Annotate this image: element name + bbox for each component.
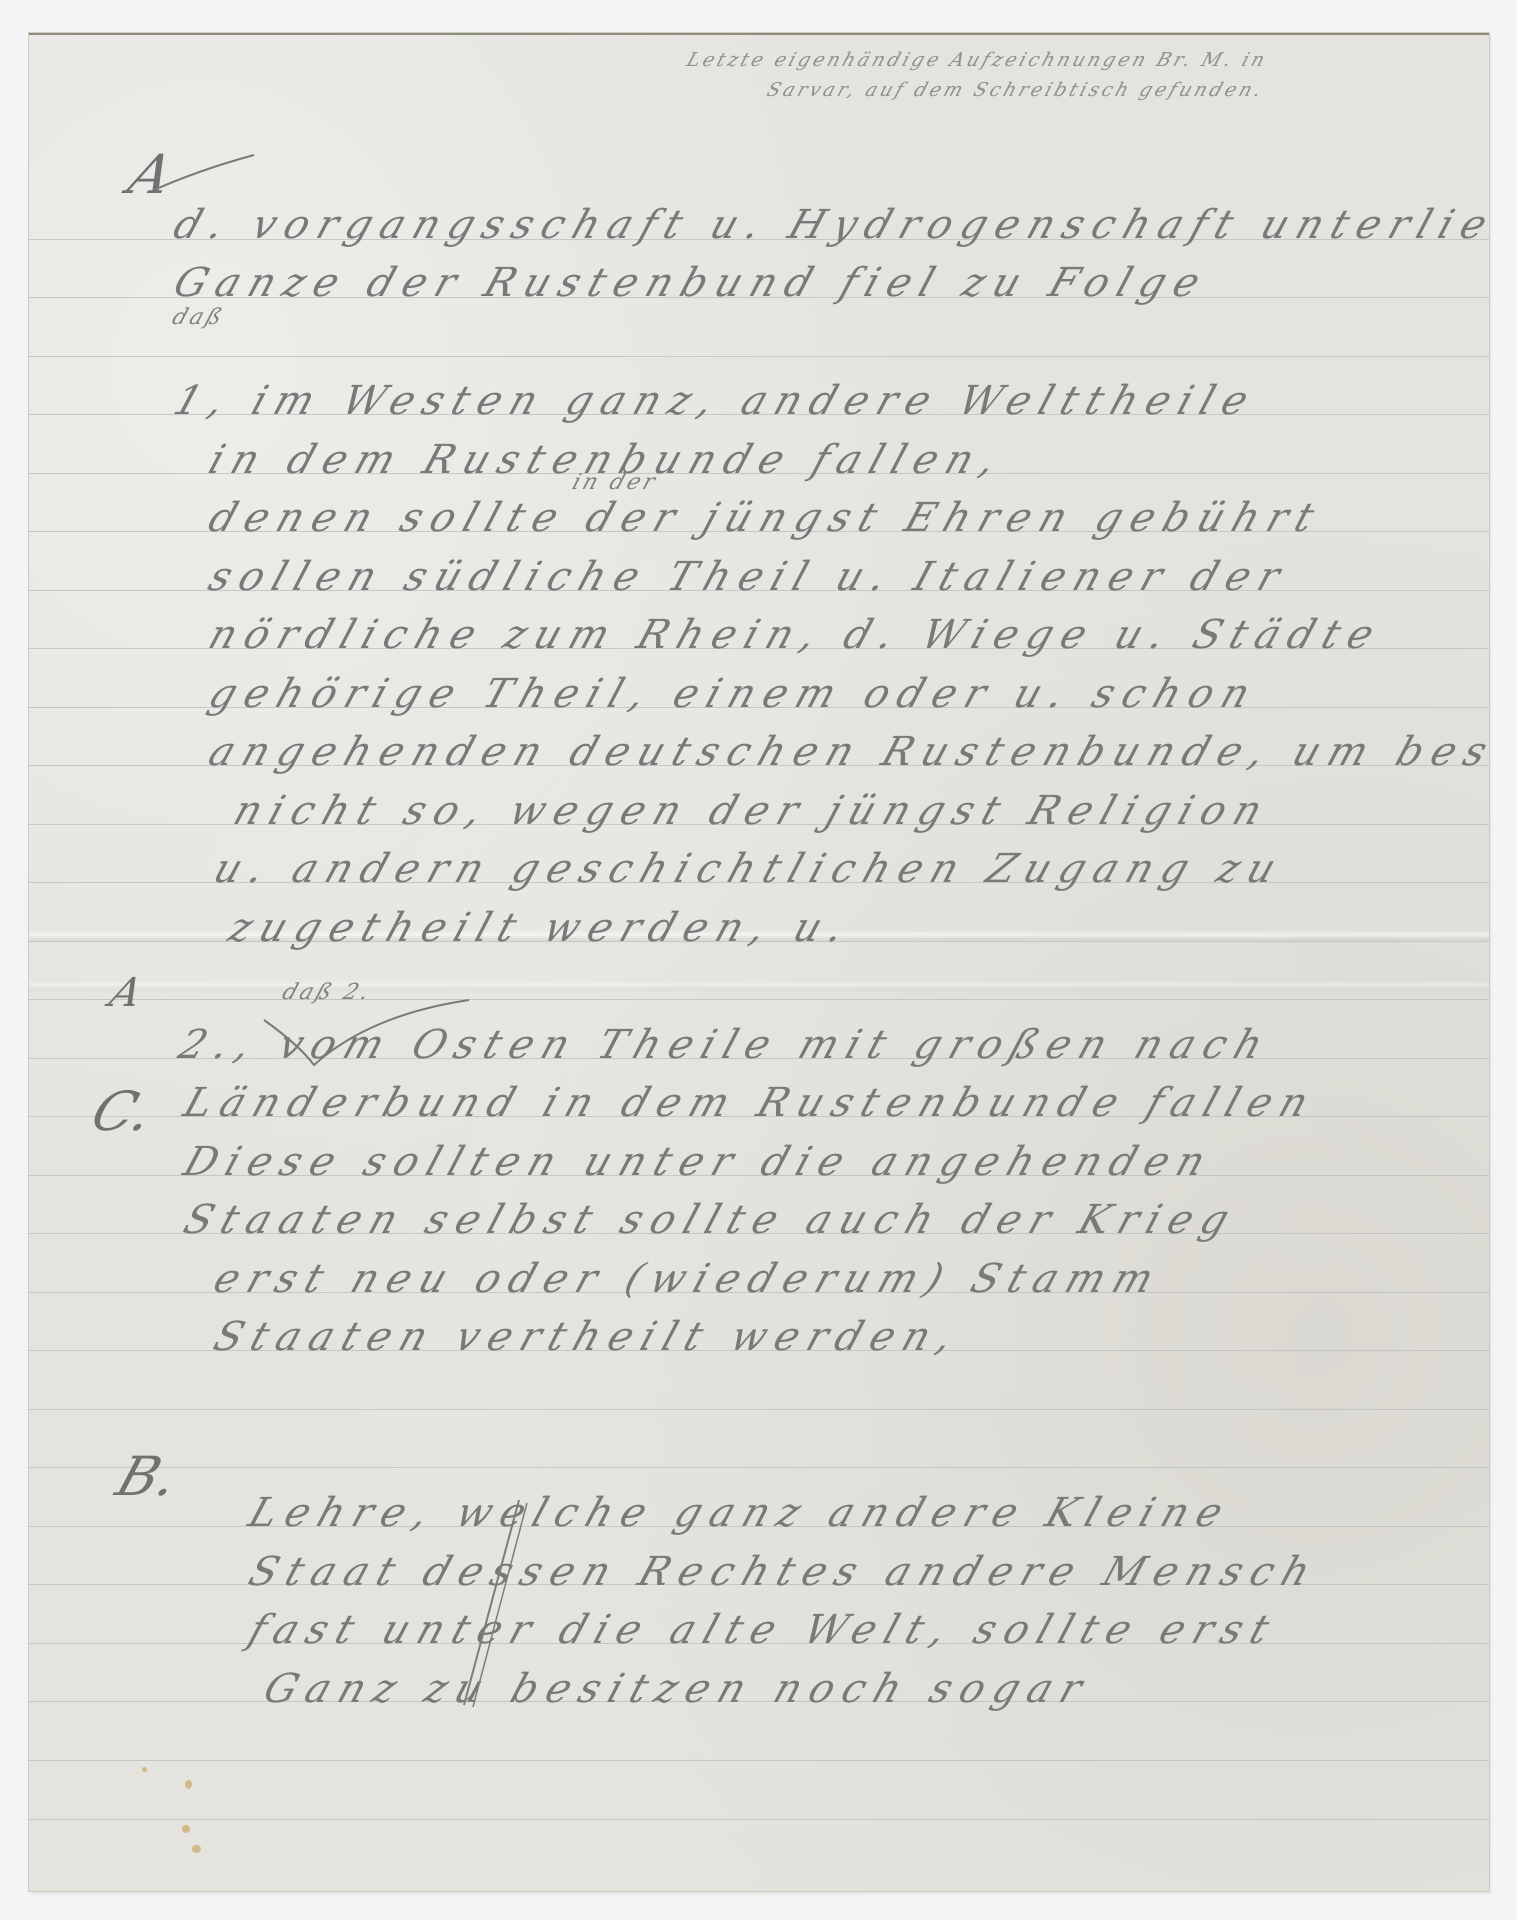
strike-stroke [149,150,259,195]
ruling-line [29,1760,1489,1761]
text-line: nördliche zum Rhein, d. Wiege u. Städte [204,615,1387,655]
pen-stroke [449,1495,529,1715]
text-line: nicht so, wegen der jüngst Religion [229,791,1276,831]
manuscript-page: Letzte eigenhändige Aufzeichnungen Br. M… [29,33,1489,1891]
foxing-stain [182,1825,190,1833]
text-line: u. andern geschichtlichen Zugang zu [209,849,1289,889]
ruling-line [29,999,1489,1000]
text-line: gehörige Theil, einem oder u. schon [204,674,1264,714]
foxing-stain [185,1780,192,1789]
text-line: Diese sollten unter die angehenden [179,1142,1219,1182]
foxing-stain [192,1845,201,1853]
text-line: 1, im Westen ganz, andere Welttheile [169,381,1262,421]
text-line: angehenden deutschen Rustenbunde, um bes… [204,732,1489,772]
text-line: zugetheilt werden, u. [224,908,858,948]
text-line: Staaten vertheilt werden, [209,1317,966,1357]
ruling-line [29,356,1489,357]
ruling-line [29,1467,1489,1468]
text-line: sollen südliche Theil u. Italiener der [204,557,1294,597]
insert-in-der: in der [569,470,661,495]
text-line: Länderbund in dem Rustenbunde fallen [179,1083,1322,1123]
section-marker-c: C. [84,1080,161,1143]
ruling-line [29,1819,1489,1820]
text-line: Staaten selbst sollte auch der Krieg [179,1200,1243,1240]
text-line: Staat dessen Rechtes andere Mensch [244,1552,1324,1592]
section-marker-b: B. [109,1445,186,1508]
text-line: denen sollte der jüngst Ehren gebührt [204,498,1328,538]
archival-note-line-1: Letzte eigenhändige Aufzeichnungen Br. M… [684,49,1271,71]
ruling-line [29,1409,1489,1410]
foxing-stain [142,1767,147,1772]
text-line: fast unter die alte Welt, sollte erst [244,1610,1283,1650]
text-line: Ganz zu besitzen noch sogar [259,1669,1096,1709]
insert-dass: daß [169,305,228,330]
text-line: 2., vom Osten Theile mit großen nach [174,1025,1277,1065]
paper-fold [29,980,1489,994]
archival-note-line-2: Sarvar, auf dem Schreibtisch gefunden. [764,79,1267,101]
text-line: Lehre, welche ganz andere Kleine [244,1493,1236,1533]
text-line: erst neu oder (wiederum) Stamm [209,1259,1167,1299]
text-line: d. vorgangsschaft u. Hydrogenschaft unte… [169,205,1489,245]
text-line: Ganze der Rustenbund fiel zu Folge [169,263,1214,303]
